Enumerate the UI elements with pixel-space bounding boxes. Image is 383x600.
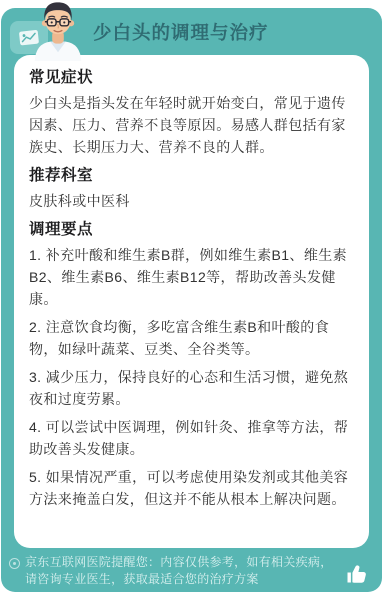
header: 少白头的调理与治疗 [1,8,382,55]
disclaimer-text: 京东互联网医院提醒您：内容仅供参考，如有相关疾病，请咨询专业医生，获取最适合您的… [25,554,340,588]
key-point-1: 1. 补充叶酸和维生素B群，例如维生素B1、维生素B2、维生素B6、维生素B12… [29,244,354,310]
section-heading-symptoms: 常见症状 [29,66,354,90]
footer: 京东互联网医院提醒您：内容仅供参考，如有相关疾病，请咨询专业医生，获取最适合您的… [1,548,382,592]
key-point-2: 2. 注意饮食均衡，多吃富含维生素B和叶酸的食物，如绿叶蔬菜、豆类、全谷类等。 [29,316,354,360]
key-point-4: 4. 可以尝试中医调理，例如针灸、推拿等方法，帮助改善头发健康。 [29,416,354,460]
doctor-avatar [27,0,89,61]
section-heading-department: 推荐科室 [29,164,354,188]
symptoms-paragraph: 少白头是指头发在年轻时就开始变白，常见于遗传因素、压力、营养不良等原因。易感人群… [29,92,354,158]
section-heading-key-points: 调理要点 [29,218,354,242]
thumbs-up-icon [345,562,369,586]
info-icon [9,558,20,569]
health-tip-panel: 少白头的调理与治疗 常见症状 少白头是指头发在年轻时就开始变白，常见于遗传因素、… [1,8,382,592]
key-point-3: 3. 减少压力，保持良好的心态和生活习惯，避免熬夜和过度劳累。 [29,366,354,410]
thumbs-up-button[interactable] [344,562,370,588]
department-paragraph: 皮肤科或中医科 [29,190,354,212]
page-title: 少白头的调理与治疗 [93,8,269,55]
content-card: 常见症状 少白头是指头发在年轻时就开始变白，常见于遗传因素、压力、营养不良等原因… [14,55,369,548]
key-point-5: 5. 如果情况严重，可以考虑使用染发剂或其他美容方法来掩盖白发，但这并不能从根本… [29,466,354,510]
